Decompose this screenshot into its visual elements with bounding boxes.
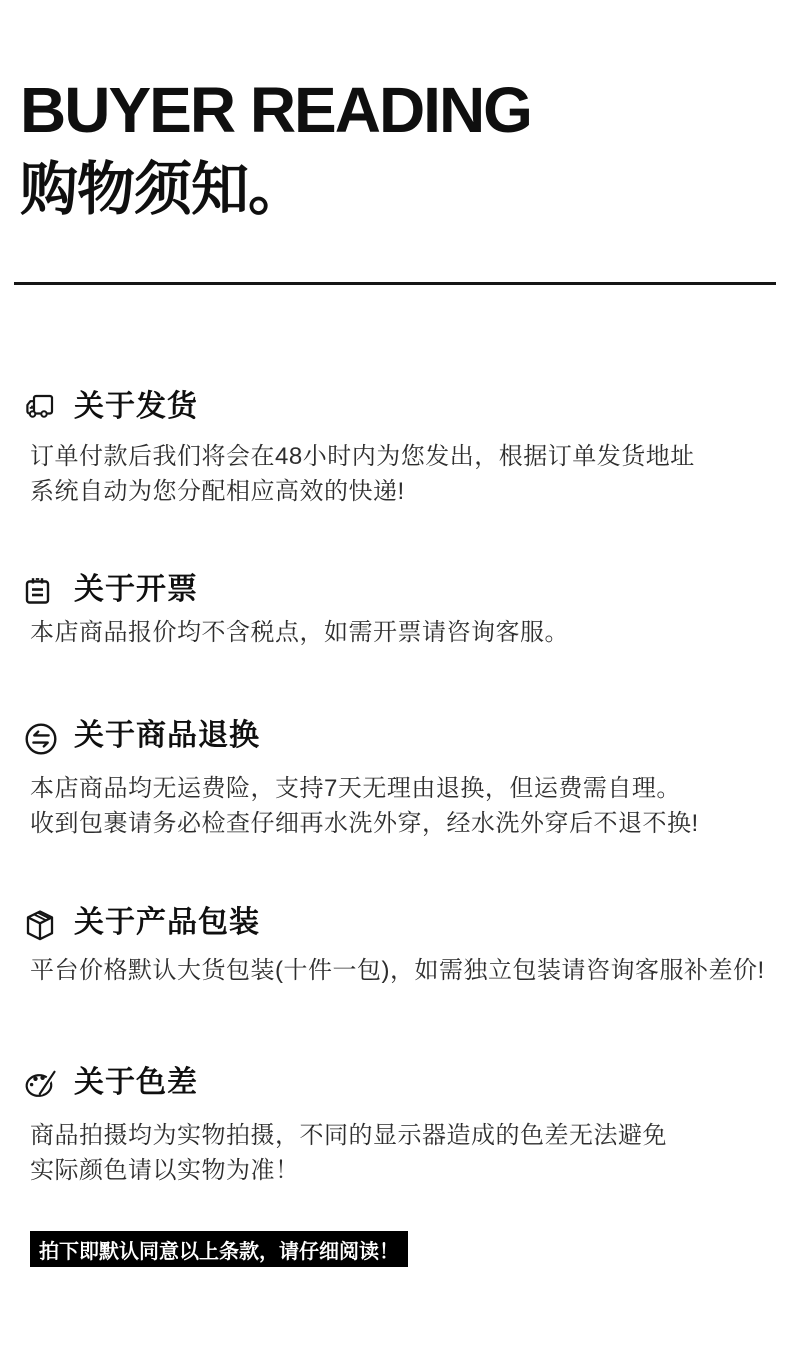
body-line: 实际颜色请以实物为准！ — [30, 1153, 667, 1188]
agreement-notice-bar: 拍下即默认同意以上条款，请仔细阅读！ — [30, 1231, 408, 1267]
agreement-notice-text: 拍下即默认同意以上条款，请仔细阅读！ — [39, 1235, 399, 1264]
body-line: 订单付款后我们将会在48小时内为您发出，根据订单发货地址 — [30, 439, 695, 474]
exchange-circle-icon — [24, 722, 58, 756]
body-line: 收到包裹请务必检查仔细再水洗外穿，经水洗外穿后不退不换! — [30, 806, 699, 841]
truck-icon — [24, 393, 58, 421]
section-heading-returns: 关于商品退换 — [74, 718, 260, 754]
package-box-icon — [24, 909, 56, 942]
buyer-reading-page: BUYER READING 购物须知。 关于发货 订单付款后我们将会在48小时内… — [0, 0, 790, 1346]
body-line: 系统自动为您分配相应高效的快递! — [30, 474, 695, 509]
body-line: 本店商品报价均不含税点，如需开票请咨询客服。 — [30, 615, 569, 650]
palette-icon — [24, 1069, 60, 1100]
page-title-english: BUYER READING — [20, 78, 531, 142]
section-heading-invoice: 关于开票 — [74, 572, 198, 608]
section-heading-color-difference: 关于色差 — [74, 1065, 198, 1101]
body-line: 平台价格默认大货包装(十件一包)，如需独立包装请咨询客服补差价! — [30, 953, 765, 988]
section-body-color-difference: 商品拍摄均为实物拍摄，不同的显示器造成的色差无法避免 实际颜色请以实物为准！ — [30, 1118, 667, 1188]
section-body-returns: 本店商品均无运费险，支持7天无理由退换，但运费需自理。 收到包裹请务必检查仔细再… — [30, 771, 699, 841]
section-body-invoice: 本店商品报价均不含税点，如需开票请咨询客服。 — [30, 615, 569, 650]
page-title-chinese: 购物须知。 — [20, 158, 305, 222]
divider-rule — [14, 282, 776, 285]
body-line: 本店商品均无运费险，支持7天无理由退换，但运费需自理。 — [30, 771, 699, 806]
section-body-shipping: 订单付款后我们将会在48小时内为您发出，根据订单发货地址 系统自动为您分配相应高… — [30, 439, 695, 509]
section-heading-packaging: 关于产品包装 — [74, 905, 260, 941]
body-line: 商品拍摄均为实物拍摄，不同的显示器造成的色差无法避免 — [30, 1118, 667, 1153]
section-heading-shipping: 关于发货 — [74, 389, 198, 425]
invoice-notepad-icon — [24, 576, 51, 606]
section-body-packaging: 平台价格默认大货包装(十件一包)，如需独立包装请咨询客服补差价! — [30, 953, 765, 988]
